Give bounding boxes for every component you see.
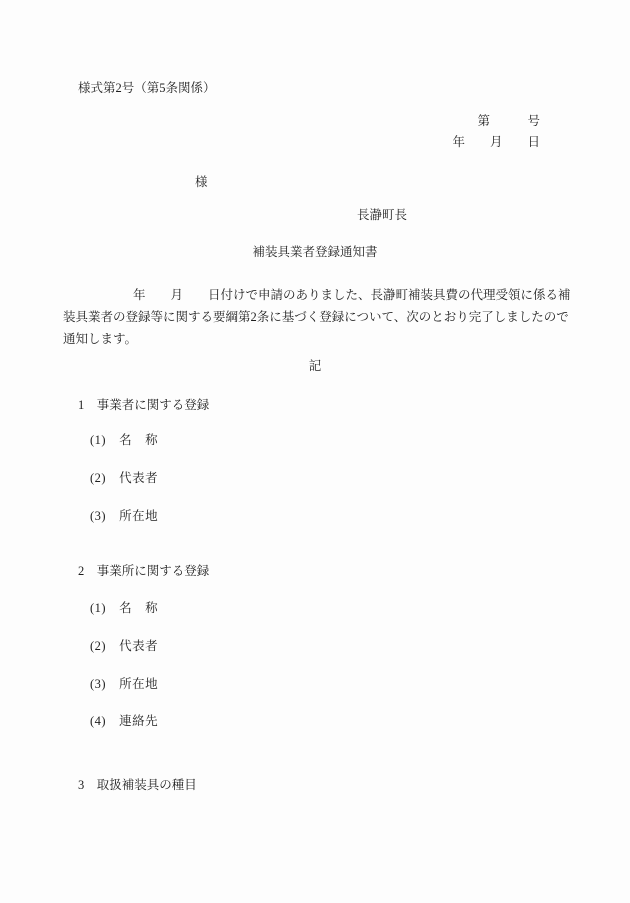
ki-marker: 記: [0, 359, 630, 373]
body-line-2: 装具業者の登録等に関する要綱第2条に基づく登録について、次のとおり完了しましたの…: [63, 306, 573, 328]
section-1-item-representative: (2) 代表者: [90, 471, 158, 485]
body-line-1: 年 月 日付けで申請のありました、長瀞町補装具費の代理受領に係る補: [63, 284, 573, 306]
section-2-heading: 2 事業所に関する登録: [78, 564, 209, 578]
addressee-honorific: 様: [195, 175, 208, 189]
body-paragraph: 年 月 日付けで申請のありました、長瀞町補装具費の代理受領に係る補 装具業者の登…: [63, 284, 573, 350]
document-number-line: 第 号: [477, 114, 540, 128]
section-2-item-contact: (4) 連絡先: [90, 714, 158, 728]
section-2-item-name: (1) 名 称: [90, 601, 158, 615]
section-1-item-location: (3) 所在地: [90, 509, 158, 523]
section-2-item-representative: (2) 代表者: [90, 639, 158, 653]
section-1-heading: 1 事業者に関する登録: [78, 398, 209, 412]
document-title: 補装具業者登録通知書: [0, 245, 630, 259]
form-number: 様式第2号（第5条関係）: [78, 81, 216, 95]
section-2-item-location: (3) 所在地: [90, 677, 158, 691]
body-line-3: 通知します。: [63, 328, 573, 350]
date-line: 年 月 日: [452, 135, 540, 149]
section-3-heading: 3 取扱補装具の種目: [78, 778, 197, 792]
sender-name: 長瀞町長: [357, 208, 407, 222]
section-1-item-name: (1) 名 称: [90, 433, 158, 447]
document-page: 様式第2号（第5条関係） 第 号 年 月 日 様 長瀞町長 補装具業者登録通知書…: [0, 0, 630, 903]
